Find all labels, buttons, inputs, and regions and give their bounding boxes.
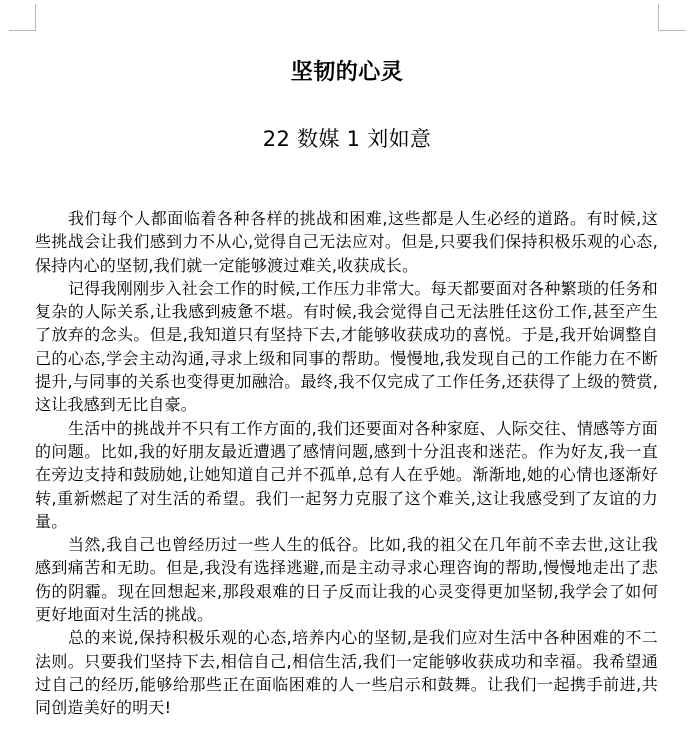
paragraph: 生活中的挑战并不只有工作方面的,我们还要面对各种家庭、人际交往、情感等方面的问题…	[35, 417, 658, 533]
paragraph: 记得我刚刚步入社会工作的时候,工作压力非常大。每天都要面对各种繁琐的任务和复杂的…	[35, 277, 658, 417]
document-title: 坚韧的心灵	[0, 58, 694, 88]
paragraph: 我们每个人都面临着各种各样的挑战和困难,这些都是人生必经的道路。有时候,这些挑战…	[35, 207, 658, 277]
paragraph: 总的来说,保持积极乐观的心态,培养内心的坚韧,是我们应对生活中各种困难的不二法则…	[35, 626, 658, 719]
paragraph: 当然,我自己也曾经历过一些人生的低谷。比如,我的祖父在几年前不幸去世,这让我感到…	[35, 533, 658, 626]
document-body: 我们每个人都面临着各种各样的挑战和困难,这些都是人生必经的道路。有时候,这些挑战…	[35, 207, 658, 720]
top-right-margin-mark	[658, 4, 686, 31]
top-left-margin-mark	[9, 4, 36, 31]
document-page: 坚韧的心灵 22 数媒 1 刘如意 我们每个人都面临着各种各样的挑战和困难,这些…	[0, 0, 694, 739]
author-line: 22 数媒 1 刘如意	[0, 124, 694, 154]
